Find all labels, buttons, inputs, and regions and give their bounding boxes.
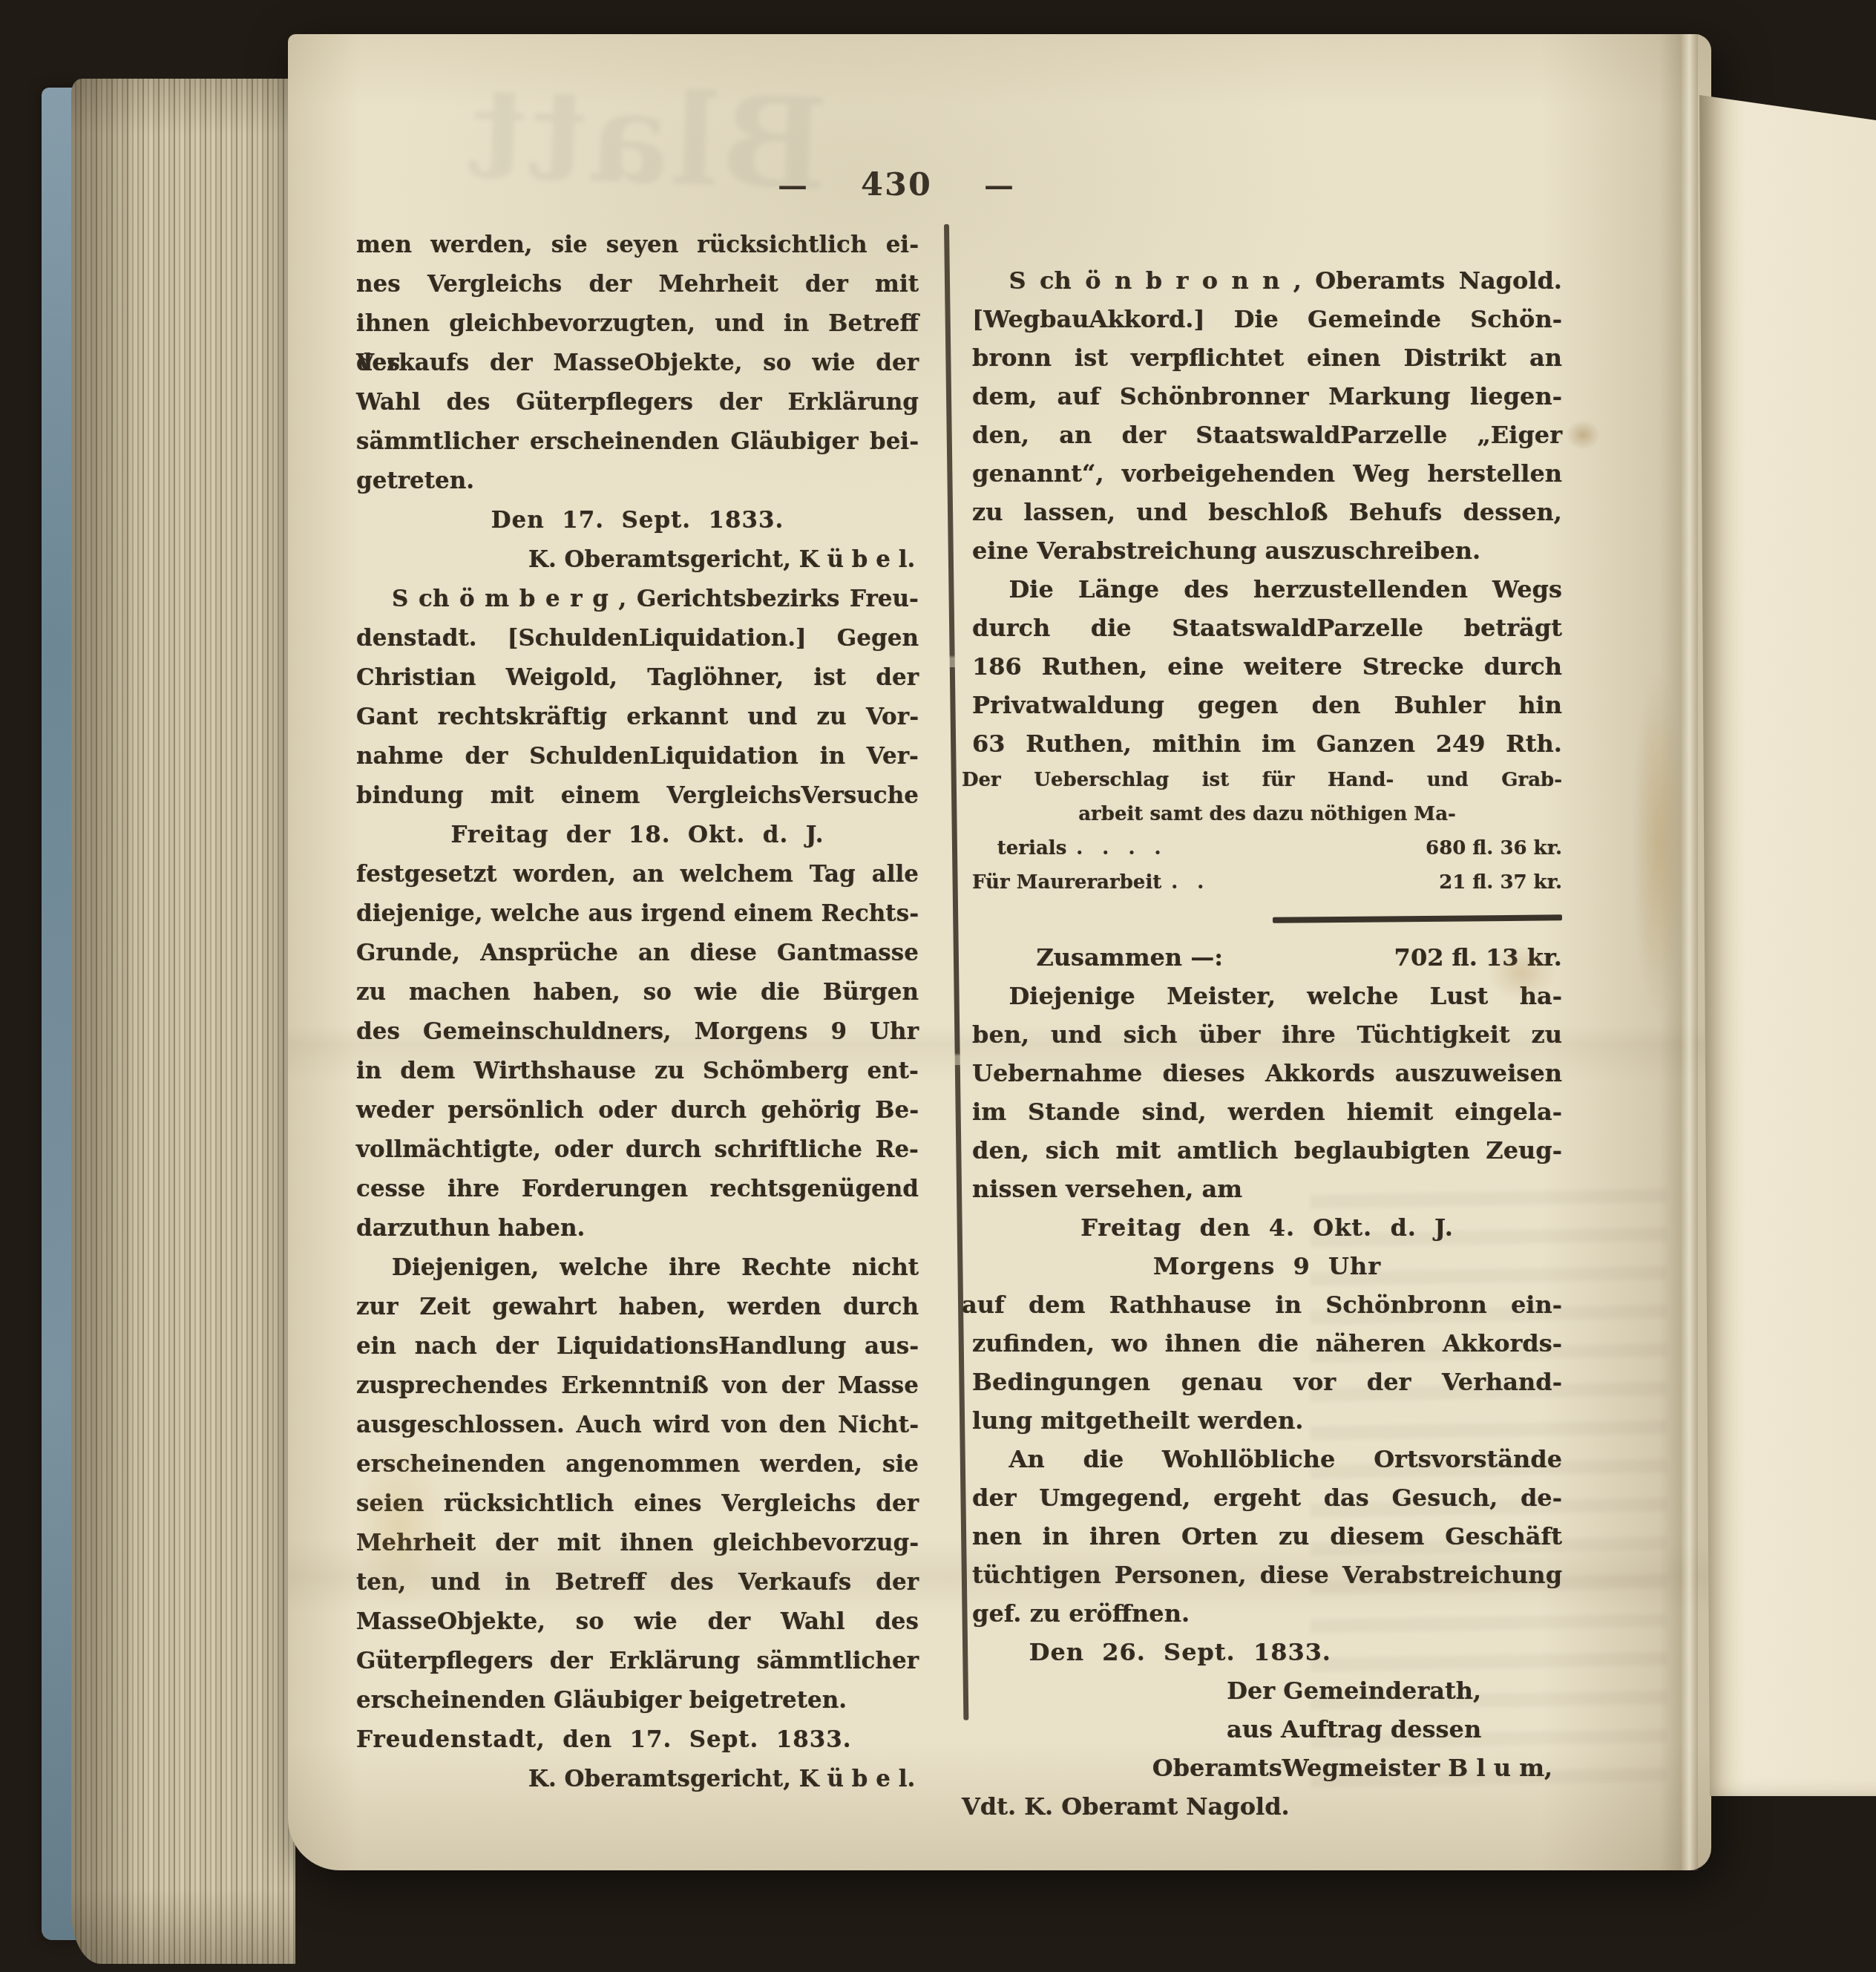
text-line: Wahl des Güterpflegers der Erklärung: [356, 383, 919, 422]
column-divider-rule: [944, 224, 968, 1720]
text-line: des Gemeinschuldners, Morgens 9 Uhr: [356, 1012, 919, 1052]
text-line: OberamtsWegmeister B l u m,: [972, 1749, 1562, 1787]
text-line: auf dem Rathhause in Schönbronn ein-: [962, 1285, 1562, 1324]
text-line: Diejenige Meister, welche Lust ha-: [972, 977, 1562, 1015]
text-line: bronn ist verpflichtet einen Distrikt an: [972, 338, 1562, 377]
text-line: S ch ö m b e r g , Gerichtsbezirks Freu-: [356, 580, 919, 619]
text-line: darzuthun haben.: [356, 1209, 919, 1248]
header-dash-right: —: [984, 168, 1015, 203]
text-line: in dem Wirthshause zu Schömberg ent-: [356, 1052, 919, 1091]
text-line: nes Vergleichs der Mehrheit der mit: [356, 265, 919, 304]
row-amount: 702 fl. 13 kr.: [1394, 938, 1562, 977]
text-line: weder persönlich oder durch gehörig Be-: [356, 1091, 919, 1130]
text-line: diejenige, welche aus irgend einem Recht…: [356, 894, 919, 934]
text-line: Zusammen —:702 fl. 13 kr.: [972, 938, 1562, 977]
text-line: Vdt. K. Oberamt Nagold.: [962, 1787, 1562, 1826]
text-line: seien rücksichtlich eines Vergleichs der: [356, 1484, 919, 1524]
text-line: lung mitgetheilt werden.: [972, 1401, 1562, 1440]
row-label: terials . . . .: [972, 831, 1161, 865]
text-line: aus Auftrag dessen: [972, 1710, 1562, 1749]
text-line: vollmächtigte, oder durch schriftliche R…: [356, 1130, 919, 1170]
text-line: Verkaufs der MasseObjekte, so wie der: [356, 344, 919, 383]
text-line: nen in ihren Orten zu diesem Geschäft: [972, 1517, 1562, 1556]
text-line: An die Wohllöbliche Ortsvorstände: [972, 1440, 1562, 1478]
text-column-right: S ch ö n b r o n n , Oberamts Nagold.[We…: [972, 261, 1562, 1826]
text-line: den, an der StaatswaldParzelle „Eiger: [972, 416, 1562, 454]
book-page: Blatt — 430 — men werden, sie seyen rück…: [288, 34, 1711, 1870]
text-line: Den 26. Sept. 1833.: [972, 1633, 1562, 1671]
text-line: K. Oberamtsgericht, K ü b e l.: [356, 1760, 919, 1799]
text-line: Gant rechtskräftig erkannt und zu Vor-: [356, 698, 919, 737]
text-line: terials . . . .680 fl. 36 kr.: [972, 831, 1562, 865]
text-line: zu lassen, und beschloß Behufs dessen,: [972, 493, 1562, 531]
page-stack-edges: [71, 79, 295, 1964]
text-line: tüchtigen Personen, diese Verabstreichun…: [972, 1556, 1562, 1594]
stain: [1633, 672, 1685, 1014]
text-line: erscheinenden Gläubiger beigetreten.: [356, 1681, 919, 1720]
text-line: [972, 900, 1562, 938]
text-line: genannt“, vorbeigehenden Weg herstellen: [972, 454, 1562, 493]
text-line: S ch ö n b r o n n , Oberamts Nagold.: [972, 261, 1562, 300]
text-line: Für Maurerarbeit . .21 fl. 37 kr.: [972, 865, 1562, 900]
page-number-value: 430: [861, 166, 932, 203]
text-line: men werden, sie seyen rücksichtlich ei-: [356, 226, 919, 265]
text-line: arbeit samt des dazu nöthigen Ma-: [972, 797, 1562, 831]
text-line: ausgeschlossen. Auch wird von den Nicht-: [356, 1406, 919, 1445]
row-amount: 21 fl. 37 kr.: [1439, 865, 1562, 900]
stain: [1566, 420, 1600, 450]
text-line: Mehrheit der mit ihnen gleichbevorzug-: [356, 1524, 919, 1563]
text-line: der Umgegend, ergeht das Gesuch, de-: [972, 1478, 1562, 1517]
scan-background: Blatt — 430 — men werden, sie seyen rück…: [0, 0, 1876, 1972]
text-line: 186 Ruthen, eine weitere Strecke durch: [972, 647, 1562, 686]
text-line: durch die StaatswaldParzelle beträgt: [972, 609, 1562, 647]
text-line: ten, und in Betreff des Verkaufs der: [356, 1563, 919, 1602]
text-line: den, sich mit amtlich beglaubigten Zeug-: [972, 1131, 1562, 1170]
text-line: bindung mit einem VergleichsVersuche: [356, 776, 919, 816]
text-line: nissen versehen, am: [972, 1170, 1562, 1208]
text-line: ein nach der LiquidationsHandlung aus-: [356, 1327, 919, 1366]
text-line: dem, auf Schönbronner Markung liegen-: [972, 377, 1562, 416]
sum-rule: [1273, 914, 1562, 923]
text-line: denstadt. [SchuldenLiquidation.] Gegen: [356, 619, 919, 658]
facing-page-edge: [1699, 73, 1876, 1796]
text-line: Den 17. Sept. 1833.: [356, 501, 919, 540]
text-line: Uebernahme dieses Akkords auszuweisen: [972, 1054, 1562, 1093]
text-line: 63 Ruthen, mithin im Ganzen 249 Rth.: [972, 724, 1562, 763]
text-line: Grunde, Ansprüche an diese Gantmasse: [356, 934, 919, 973]
text-line: Christian Weigold, Taglöhner, ist der: [356, 658, 919, 698]
header-dash-left: —: [778, 168, 809, 203]
text-line: Güterpflegers der Erklärung sämmtlicher: [356, 1642, 919, 1681]
text-line: MasseObjekte, so wie der Wahl des: [356, 1602, 919, 1642]
text-line: Die Länge des herzustellenden Wegs: [972, 570, 1562, 609]
text-line: Privatwaldung gegen den Buhler hin: [972, 686, 1562, 724]
text-line: cesse ihre Forderungen rechtsgenügend: [356, 1170, 919, 1209]
text-line: ihnen gleichbevorzugten, und in Betreff …: [356, 304, 919, 344]
text-line: [WegbauAkkord.] Die Gemeinde Schön-: [972, 300, 1562, 338]
text-line: zusprechendes Erkenntniß von der Masse: [356, 1366, 919, 1406]
text-line: Morgens 9 Uhr: [972, 1247, 1562, 1285]
page-number: — 430 —: [778, 166, 1015, 203]
row-label: Für Maurerarbeit . .: [972, 865, 1204, 900]
text-line: nahme der SchuldenLiquidation in Ver-: [356, 737, 919, 776]
text-line: Der Gemeinderath,: [972, 1671, 1562, 1710]
text-line: Diejenigen, welche ihre Rechte nicht: [356, 1248, 919, 1288]
text-line: im Stande sind, werden hiemit eingela-: [972, 1093, 1562, 1131]
text-line: Freudenstadt, den 17. Sept. 1833.: [356, 1720, 919, 1760]
text-line: K. Oberamtsgericht, K ü b e l.: [356, 540, 919, 580]
text-line: eine Verabstreichung auszuschreiben.: [972, 531, 1562, 570]
text-line: zufinden, wo ihnen die näheren Akkords-: [972, 1324, 1562, 1363]
text-line: getreten.: [356, 462, 919, 501]
row-amount: 680 fl. 36 kr.: [1426, 831, 1562, 865]
text-line: Freitag der 18. Okt. d. J.: [356, 816, 919, 855]
text-column-left: men werden, sie seyen rücksichtlich ei-n…: [356, 226, 919, 1799]
text-line: sämmtlicher erscheinenden Gläubiger bei-: [356, 422, 919, 462]
text-line: Der Ueberschlag ist für Hand- und Grab-: [962, 763, 1562, 797]
text-line: gef. zu eröffnen.: [972, 1594, 1562, 1633]
text-line: erscheinenden angenommen werden, sie: [356, 1445, 919, 1484]
text-line: zu machen haben, so wie die Bürgen: [356, 973, 919, 1012]
text-line: Freitag den 4. Okt. d. J.: [972, 1208, 1562, 1247]
text-line: Bedingungen genau vor der Verhand-: [972, 1363, 1562, 1401]
row-label: Zusammen —:: [972, 938, 1223, 977]
text-line: festgesetzt worden, an welchem Tag alle: [356, 855, 919, 894]
text-line: ben, und sich über ihre Tüchtigkeit zu: [972, 1015, 1562, 1054]
text-line: zur Zeit gewahrt haben, werden durch: [356, 1288, 919, 1327]
show-through-ghost: Blatt: [464, 59, 830, 219]
